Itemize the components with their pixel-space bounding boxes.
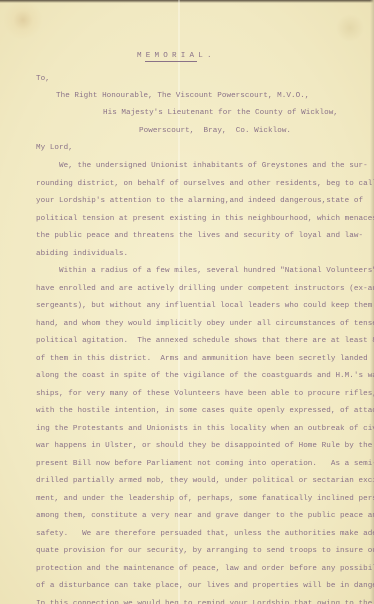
- addressee-line: His Majesty's Lieutenant for the County …: [103, 108, 338, 118]
- body-line: along the coast in spite of the vigilanc…: [36, 371, 374, 381]
- body-line: In this connection we would beg to remin…: [36, 599, 372, 604]
- body-line: of them in this district. Arms and ammun…: [36, 354, 368, 364]
- body-line: war happens in Ulster, or should they be…: [36, 441, 372, 451]
- body-line: of a disturbance can take place, our liv…: [36, 581, 374, 591]
- body-line: ment, and under the leadership of, perha…: [36, 494, 374, 504]
- addressee-line: The Right Honourable, The Viscount Power…: [56, 91, 309, 101]
- body-line: quate provision for our security, by arr…: [36, 546, 374, 556]
- body-line: have enrolled and are actively drilling …: [36, 284, 374, 294]
- body-line: your Lordship's attention to the alarmin…: [36, 196, 363, 206]
- body-line: ships, for very many of these Volunteers…: [36, 389, 374, 399]
- body-line: among them, constitute a very near and g…: [36, 511, 374, 521]
- body-line: ing the Protestants and Unionists in thi…: [36, 424, 374, 434]
- body-line: We, the undersigned Unionist inhabitants…: [36, 161, 368, 171]
- body-line: drilled partially armed mob, they would,…: [36, 476, 374, 486]
- body-line: political tension at present existing in…: [36, 214, 374, 224]
- body-line: abiding individuals.: [36, 249, 128, 259]
- body-line: sergeants), but without any influential …: [36, 301, 374, 311]
- body-line: safety. We are therefore persuaded that,…: [36, 529, 374, 539]
- body-line: Within a radius of a few miles, several …: [36, 266, 374, 276]
- salutation-to: To,: [36, 74, 50, 84]
- document-page: MEMORIAL. To, The Right Honourable, The …: [0, 0, 374, 604]
- title-underline: [145, 61, 197, 63]
- document-title: MEMORIAL.: [137, 52, 216, 60]
- addressee-line: Powerscourt, Bray, Co. Wicklow.: [139, 126, 291, 136]
- greeting: My Lord,: [36, 143, 73, 153]
- scan-top-shadow: [0, 0, 374, 3]
- body-line: hand, and whom they would implicitly obe…: [36, 319, 374, 329]
- body-line: present Bill now before Parliament not c…: [36, 459, 374, 469]
- body-line: rounding district, on behalf of ourselve…: [36, 179, 374, 189]
- body-line: with the hostile intention, in some case…: [36, 406, 374, 416]
- body-line: protection and the maintenance of peace,…: [36, 564, 374, 574]
- body-line: political agitation. The annexed schedul…: [36, 336, 374, 346]
- body-line: the public peace and threatens the lives…: [36, 231, 363, 241]
